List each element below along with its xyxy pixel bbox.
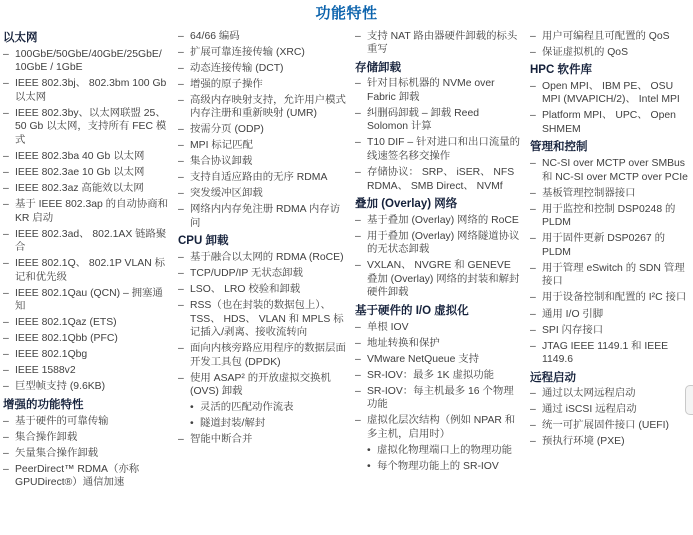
list-item-text: 预执行环境 (PXE) [542,435,692,449]
list-item: –VMware NetQueue 支持 [355,353,521,367]
list-item: –高级内存映射支持，允许用户模式内存注册和重新映射 (UMR) [178,94,346,121]
list-item-text: 通过以太网远程启动 [542,387,692,401]
dash-bullet-icon: – [530,403,542,417]
list-item: –地址转换和保护 [355,337,521,351]
section-header: 增强的功能特性 [3,398,169,412]
list-item: –64/66 编码 [178,30,346,44]
list-item: –虚拟化层次结构（例如 NPAR 和多主机，启用时） [355,414,521,441]
dash-bullet-icon: – [178,171,190,185]
list-item-text: Platform MPI、 UPC、 Open SHMEM [542,109,692,136]
dash-bullet-icon: – [3,228,15,255]
list-item-text: RSS（也在封装的数据包上）、 TSS、 HDS、 VLAN 和 MPLS 标记… [190,299,346,340]
dash-bullet-icon: – [355,136,367,163]
dash-bullet-icon: – [178,62,190,76]
list-item-text: 支持自适应路由的无序 RDMA [190,171,346,185]
dash-bullet-icon: – [530,262,542,289]
list-item: –用于管理 eSwitch 的 SDN 管理接口 [530,262,692,289]
list-item-text: 地址转换和保护 [367,337,521,351]
list-item-text: 用于叠加 (Overlay) 网络隧道协议的无状态卸载 [367,230,521,257]
list-item-text: 用户可编程且可配置的 QoS [542,30,692,44]
dash-bullet-icon: – [178,433,190,447]
dash-bullet-icon: – [3,77,15,104]
dash-bullet-icon: – [3,463,15,490]
list-item: –100GbE/50GbE/40GbE/25GbE/ 10GbE / 1GbE [3,48,169,75]
list-item: –使用 ASAP² 的开放虚拟交换机 (OVS) 卸载 [178,372,346,399]
list-item: –用于设备控制和配置的 I²C 接口 [530,291,692,305]
list-item: –矢量集合操作卸载 [3,447,169,461]
dash-bullet-icon: – [530,109,542,136]
list-item: –IEEE 802.3bj、 802.3bm 100 Gb 以太网 [3,77,169,104]
list-item-text: IEEE 802.3az 高能效以太网 [15,182,169,196]
dash-bullet-icon: – [530,203,542,230]
list-item-text: Open MPI、 IBM PE、 OSU MPI (MVAPICH/2)、 I… [542,80,692,107]
list-item: –基板管理控制器接口 [530,187,692,201]
list-item-text: IEEE 802.1Qbg [15,348,169,362]
dash-bullet-icon: – [355,107,367,134]
feature-column-3: –支持 NAT 路由器硬件卸载的标头重写存储卸载–针对目标机器的 NVMe ov… [355,27,521,492]
list-item: –IEEE 1588v2 [3,364,169,378]
list-item-text: 用于设备控制和配置的 I²C 接口 [542,291,692,305]
list-item-text: 通过 iSCSI 远程启动 [542,403,692,417]
list-item: –IEEE 802.3az 高能效以太网 [3,182,169,196]
list-item: –集合协议卸载 [178,155,346,169]
list-item-text: 扩展可靠连接传输 (XRC) [190,46,346,60]
dash-bullet-icon: – [178,372,190,399]
list-item-text: TCP/UDP/IP 无状态卸载 [190,267,346,281]
list-item: –用于固件更新 DSP0267 的 PLDM [530,232,692,259]
list-item-text: 矢量集合操作卸载 [15,447,169,461]
list-item: –用于叠加 (Overlay) 网络隧道协议的无状态卸载 [355,230,521,257]
list-item: –SR-IOV：每主机最多 16 个物理功能 [355,385,521,412]
list-item: –预执行环境 (PXE) [530,435,692,449]
dash-bullet-icon: – [530,291,542,305]
dash-bullet-icon: – [355,369,367,383]
list-item-text: 基于 IEEE 802.3ap 的自动协商和 KR 启动 [15,198,169,225]
list-item: –LSO、 LRO 校验和卸载 [178,283,346,297]
dash-bullet-icon: – [3,198,15,225]
list-item: –基于硬件的可靠传输 [3,415,169,429]
list-item-text: SR-IOV：每主机最多 16 个物理功能 [367,385,521,412]
list-item-text: T10 DIF – 针对进口和出口流量的线速签名移交操作 [367,136,521,163]
sub-list-item: •每个物理功能上的 SR-IOV [367,460,521,474]
dash-bullet-icon: – [3,287,15,314]
dash-bullet-icon: – [3,447,15,461]
section-header: 管理和控制 [530,140,692,154]
list-item: –IEEE 802.1Qbg [3,348,169,362]
list-item: –通用 I/O 引脚 [530,308,692,322]
list-item: –按需分页 (ODP) [178,123,346,137]
list-item-text: 支持 NAT 路由器硬件卸载的标头重写 [367,30,521,57]
list-item-text: 灵活的匹配动作流表 [200,401,346,415]
list-item: –Platform MPI、 UPC、 Open SHMEM [530,109,692,136]
dash-bullet-icon: – [178,251,190,265]
list-item: –SR-IOV：最多 1K 虚拟功能 [355,369,521,383]
list-item: –纠删码卸载 – 卸载 Reed Solomon 计算 [355,107,521,134]
list-item: –TCP/UDP/IP 无状态卸载 [178,267,346,281]
list-item: –IEEE 802.1Qau (QCN) – 拥塞通知 [3,287,169,314]
dash-bullet-icon: – [530,340,542,367]
list-item-text: IEEE 802.3ba 40 Gb 以太网 [15,150,169,164]
dash-bullet-icon: – [530,435,542,449]
list-item: –网络内内存免注册 RDMA 内存访问 [178,203,346,230]
list-item-text: 纠删码卸载 – 卸载 Reed Solomon 计算 [367,107,521,134]
list-item: –扩展可靠连接传输 (XRC) [178,46,346,60]
list-item: –统一可扩展固件接口 (UEFI) [530,419,692,433]
feature-column-4: –用户可编程且可配置的 QoS–保证虚拟机的 QoSHPC 软件库–Open M… [530,27,692,492]
list-item: –集合操作卸载 [3,431,169,445]
list-item-text: NC-SI over MCTP over SMBus 和 NC-SI over … [542,157,692,184]
list-item: –SPI 闪存接口 [530,324,692,338]
list-item: –针对目标机器的 NVMe over Fabric 卸载 [355,77,521,104]
dash-bullet-icon: – [530,324,542,338]
dash-bullet-icon: – [355,385,367,412]
dash-bullet-icon: – [355,321,367,335]
list-item-text: 虚拟化层次结构（例如 NPAR 和多主机，启用时） [367,414,521,441]
feature-columns: 以太网–100GbE/50GbE/40GbE/25GbE/ 10GbE / 1G… [0,23,693,492]
list-item: –单根 IOV [355,321,521,335]
dash-bullet-icon: – [178,30,190,44]
list-item-text: IEEE 802.1Qbb (PFC) [15,332,169,346]
dot-bullet-icon: • [190,417,200,431]
page-title: 功能特性 [0,0,693,23]
list-item: –基于叠加 (Overlay) 网络的 RoCE [355,214,521,228]
list-item-text: MPI 标记匹配 [190,139,346,153]
dot-bullet-icon: • [367,460,377,474]
dash-bullet-icon: – [530,232,542,259]
dash-bullet-icon: – [178,187,190,201]
dash-bullet-icon: – [530,80,542,107]
list-item-text: 集合操作卸载 [15,431,169,445]
list-item: –支持 NAT 路由器硬件卸载的标头重写 [355,30,521,57]
dash-bullet-icon: – [355,414,367,441]
dash-bullet-icon: – [3,415,15,429]
dash-bullet-icon: – [355,166,367,193]
dash-bullet-icon: – [355,337,367,351]
section-header: 存储卸载 [355,61,521,75]
dash-bullet-icon: – [3,107,15,148]
section-header: 基于硬件的 I/O 虚拟化 [355,304,521,318]
dash-bullet-icon: – [3,348,15,362]
list-item: –IEEE 802.1Qaz (ETS) [3,316,169,330]
list-item: –VXLAN、 NVGRE 和 GENEVE 叠加 (Overlay) 网络的封… [355,259,521,300]
list-item: –保证虚拟机的 QoS [530,46,692,60]
list-item: –动态连接传输 (DCT) [178,62,346,76]
dash-bullet-icon: – [178,299,190,340]
list-item-text: 每个物理功能上的 SR-IOV [377,460,521,474]
list-item: –突发缓冲区卸载 [178,187,346,201]
list-item: –用户可编程且可配置的 QoS [530,30,692,44]
list-item: –IEEE 802.3by、以太网联盟 25、50 Gb 以太网，支持所有 FE… [3,107,169,148]
list-item-text: IEEE 802.1Qau (QCN) – 拥塞通知 [15,287,169,314]
list-item-text: SR-IOV：最多 1K 虚拟功能 [367,369,521,383]
list-item-text: IEEE 802.1Q、 802.1P VLAN 标记和优先级 [15,257,169,284]
dash-bullet-icon: – [178,155,190,169]
list-item-text: 64/66 编码 [190,30,346,44]
list-item: –JTAG IEEE 1149.1 和 IEEE 1149.6 [530,340,692,367]
dash-bullet-icon: – [3,431,15,445]
dash-bullet-icon: – [530,187,542,201]
dot-bullet-icon: • [190,401,200,415]
list-item-text: IEEE 802.3bj、 802.3bm 100 Gb 以太网 [15,77,169,104]
sub-list-item: •灵活的匹配动作流表 [190,401,346,415]
sub-list-item: •隧道封装/解封 [190,417,346,431]
section-header: 叠加 (Overlay) 网络 [355,197,521,211]
dash-bullet-icon: – [530,419,542,433]
dash-bullet-icon: – [3,332,15,346]
list-item-text: 增强的原子操作 [190,78,346,92]
list-item-text: 高级内存映射支持，允许用户模式内存注册和重新映射 (UMR) [190,94,346,121]
list-item: –IEEE 802.3ad、 802.1AX 链路聚合 [3,228,169,255]
dash-bullet-icon: – [3,166,15,180]
dash-bullet-icon: – [178,46,190,60]
dash-bullet-icon: – [530,30,542,44]
list-item-text: 针对目标机器的 NVMe over Fabric 卸载 [367,77,521,104]
list-item: –增强的原子操作 [178,78,346,92]
list-item-text: 单根 IOV [367,321,521,335]
list-item: –T10 DIF – 针对进口和出口流量的线速签名移交操作 [355,136,521,163]
dash-bullet-icon: – [178,139,190,153]
list-item: –基于融合以太网的 RDMA (RoCE) [178,251,346,265]
list-item-text: 用于管理 eSwitch 的 SDN 管理接口 [542,262,692,289]
list-item: –面向内核旁路应用程序的数据层面开发工具包 (DPDK) [178,342,346,369]
dash-bullet-icon: – [355,77,367,104]
dash-bullet-icon: – [178,267,190,281]
dash-bullet-icon: – [530,387,542,401]
list-item-text: VMware NetQueue 支持 [367,353,521,367]
list-item-text: IEEE 802.1Qaz (ETS) [15,316,169,330]
list-item: –NC-SI over MCTP over SMBus 和 NC-SI over… [530,157,692,184]
dash-bullet-icon: – [3,257,15,284]
list-item: –PeerDirect™ RDMA（亦称 GPUDirect®）通信加速 [3,463,169,490]
dash-bullet-icon: – [355,214,367,228]
list-item-text: 用于监控和控制 DSP0248 的 PLDM [542,203,692,230]
sub-list-item: •虚拟化物理端口上的物理功能 [367,444,521,458]
dash-bullet-icon: – [530,46,542,60]
list-item-text: 面向内核旁路应用程序的数据层面开发工具包 (DPDK) [190,342,346,369]
list-item: –IEEE 802.1Qbb (PFC) [3,332,169,346]
list-item-text: 保证虚拟机的 QoS [542,46,692,60]
list-item: –支持自适应路由的无序 RDMA [178,171,346,185]
dash-bullet-icon: – [178,283,190,297]
dot-bullet-icon: • [367,444,377,458]
dash-bullet-icon: – [3,182,15,196]
list-item-text: 突发缓冲区卸载 [190,187,346,201]
dash-bullet-icon: – [355,30,367,57]
list-item-text: 动态连接传输 (DCT) [190,62,346,76]
list-item-text: 基于叠加 (Overlay) 网络的 RoCE [367,214,521,228]
list-item-text: 100GbE/50GbE/40GbE/25GbE/ 10GbE / 1GbE [15,48,169,75]
list-item-text: 使用 ASAP² 的开放虚拟交换机 (OVS) 卸载 [190,372,346,399]
list-item-text: IEEE 802.3ad、 802.1AX 链路聚合 [15,228,169,255]
list-item-text: 基板管理控制器接口 [542,187,692,201]
dash-bullet-icon: – [3,380,15,394]
feature-column-1: 以太网–100GbE/50GbE/40GbE/25GbE/ 10GbE / 1G… [3,27,169,492]
list-item-text: 按需分页 (ODP) [190,123,346,137]
section-header: 远程启动 [530,371,692,385]
list-item: –IEEE 802.3ae 10 Gb 以太网 [3,166,169,180]
scrollbar-thumb[interactable] [685,385,693,415]
list-item: –Open MPI、 IBM PE、 OSU MPI (MVAPICH/2)、 … [530,80,692,107]
dash-bullet-icon: – [3,364,15,378]
list-item: –MPI 标记匹配 [178,139,346,153]
list-item-text: 集合协议卸载 [190,155,346,169]
list-item: –用于监控和控制 DSP0248 的 PLDM [530,203,692,230]
list-item: –巨型帧支持 (9.6KB) [3,380,169,394]
list-item: –智能中断合并 [178,433,346,447]
dash-bullet-icon: – [178,123,190,137]
dash-bullet-icon: – [3,48,15,75]
list-item-text: 统一可扩展固件接口 (UEFI) [542,419,692,433]
list-item-text: PeerDirect™ RDMA（亦称 GPUDirect®）通信加速 [15,463,169,490]
list-item: –通过 iSCSI 远程启动 [530,403,692,417]
dash-bullet-icon: – [530,157,542,184]
list-item-text: 基于融合以太网的 RDMA (RoCE) [190,251,346,265]
list-item-text: 存储协议： SRP、 iSER、 NFS RDMA、 SMB Direct、 N… [367,166,521,193]
list-item: –通过以太网远程启动 [530,387,692,401]
list-item-text: 隧道封装/解封 [200,417,346,431]
list-item-text: 通用 I/O 引脚 [542,308,692,322]
feature-column-2: –64/66 编码–扩展可靠连接传输 (XRC)–动态连接传输 (DCT)–增强… [178,27,346,492]
dash-bullet-icon: – [355,353,367,367]
dash-bullet-icon: – [178,203,190,230]
dash-bullet-icon: – [178,78,190,92]
section-header: CPU 卸载 [178,234,346,248]
list-item: –存储协议： SRP、 iSER、 NFS RDMA、 SMB Direct、 … [355,166,521,193]
list-item-text: 用于固件更新 DSP0267 的 PLDM [542,232,692,259]
dash-bullet-icon: – [355,230,367,257]
list-item-text: IEEE 1588v2 [15,364,169,378]
dash-bullet-icon: – [178,342,190,369]
list-item-text: IEEE 802.3ae 10 Gb 以太网 [15,166,169,180]
list-item-text: 巨型帧支持 (9.6KB) [15,380,169,394]
list-item-text: LSO、 LRO 校验和卸载 [190,283,346,297]
list-item: –基于 IEEE 802.3ap 的自动协商和 KR 启动 [3,198,169,225]
list-item-text: IEEE 802.3by、以太网联盟 25、50 Gb 以太网，支持所有 FEC… [15,107,169,148]
list-item: –RSS（也在封装的数据包上）、 TSS、 HDS、 VLAN 和 MPLS 标… [178,299,346,340]
list-item-text: 智能中断合并 [190,433,346,447]
list-item-text: SPI 闪存接口 [542,324,692,338]
dash-bullet-icon: – [530,308,542,322]
list-item-text: 虚拟化物理端口上的物理功能 [377,444,521,458]
section-header: 以太网 [3,31,169,45]
list-item: –IEEE 802.1Q、 802.1P VLAN 标记和优先级 [3,257,169,284]
list-item: –IEEE 802.3ba 40 Gb 以太网 [3,150,169,164]
datasheet-features-page: 功能特性 以太网–100GbE/50GbE/40GbE/25GbE/ 10GbE… [0,0,693,535]
dash-bullet-icon: – [178,94,190,121]
list-item-text: 网络内内存免注册 RDMA 内存访问 [190,203,346,230]
section-header: HPC 软件库 [530,63,692,77]
list-item-text: VXLAN、 NVGRE 和 GENEVE 叠加 (Overlay) 网络的封装… [367,259,521,300]
list-item-text: JTAG IEEE 1149.1 和 IEEE 1149.6 [542,340,692,367]
list-item-text: 基于硬件的可靠传输 [15,415,169,429]
dash-bullet-icon: – [3,316,15,330]
dash-bullet-icon: – [355,259,367,300]
dash-bullet-icon: – [3,150,15,164]
